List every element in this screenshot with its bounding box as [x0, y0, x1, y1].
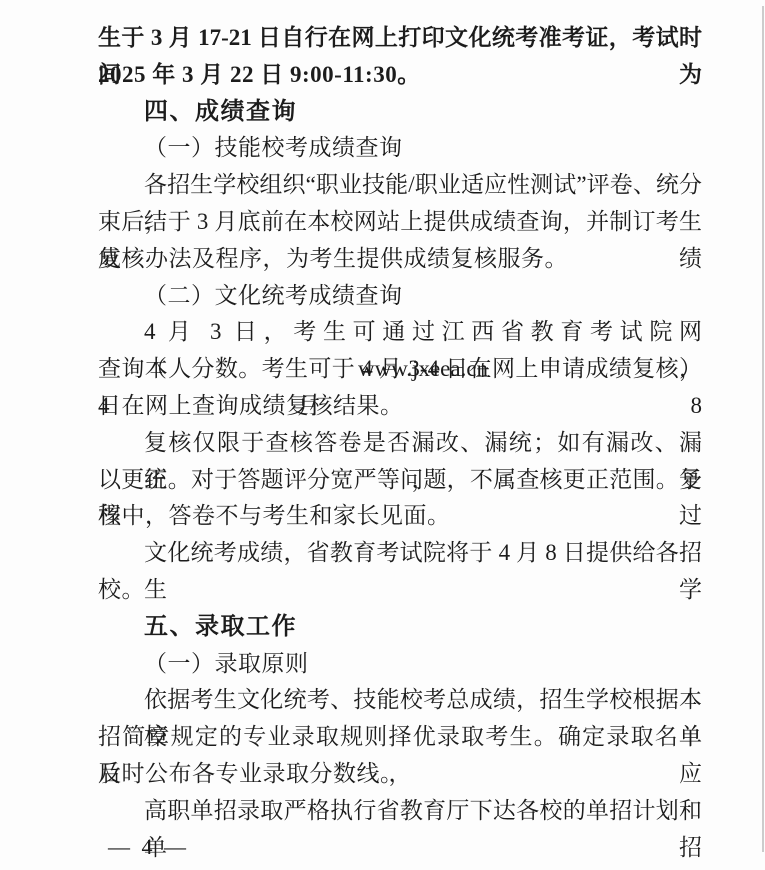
- section-heading-admission-work: 五、录取工作: [98, 609, 702, 646]
- body-line: 查询本人分数。考生可于 4 月 3-4 日在网上申请成绩复核，4 月 8: [98, 351, 702, 388]
- document-page: 生于 3 月 17-21 日自行在网上打印文化统考准考证，考试时间为 2025 …: [0, 0, 765, 870]
- section-heading-results-query: 四、成绩查询: [98, 94, 702, 131]
- body-line: 招简章规定的专业录取规则择优录取考生。确定录取名单后，应: [98, 719, 702, 756]
- subsection-heading-culture-exam-query: （二）文化统考成绩查询: [98, 278, 702, 315]
- body-line: 生于 3 月 17-21 日自行在网上打印文化统考准考证，考试时间为: [98, 20, 702, 57]
- subsection-heading-admission-principles: （一）录取原则: [98, 646, 702, 683]
- body-line: 复核仅限于查核答卷是否漏改、漏统；如有漏改、漏统，予: [98, 425, 702, 462]
- subsection-heading-skill-exam-query: （一）技能校考成绩查询: [98, 130, 702, 167]
- body-line: 文化统考成绩，省教育考试院将于 4 月 8 日提供给各招生学: [98, 535, 702, 572]
- body-line: 4 月 3 日，考生可通过江西省教育考试院网（www.jxeea.cn）: [98, 314, 702, 351]
- body-line: 束后，于 3 月底前在本校网站上提供成绩查询，并制订考生成绩: [98, 204, 702, 241]
- body-line: 依据考生文化统考、技能校考总成绩，招生学校根据本校单: [98, 682, 702, 719]
- body-line: 以更正。对于答题评分宽严等问题，不属查核更正范围。复核过: [98, 462, 702, 499]
- document-text-block: 生于 3 月 17-21 日自行在网上打印文化统考准考证，考试时间为 2025 …: [98, 20, 702, 862]
- scan-edge-line: [762, 6, 764, 852]
- body-line: 高职单招录取严格执行省教育厅下达各校的单招计划和单招: [98, 793, 702, 830]
- body-line: 各招生学校组织“职业技能/职业适应性测试”评卷、统分结: [98, 167, 702, 204]
